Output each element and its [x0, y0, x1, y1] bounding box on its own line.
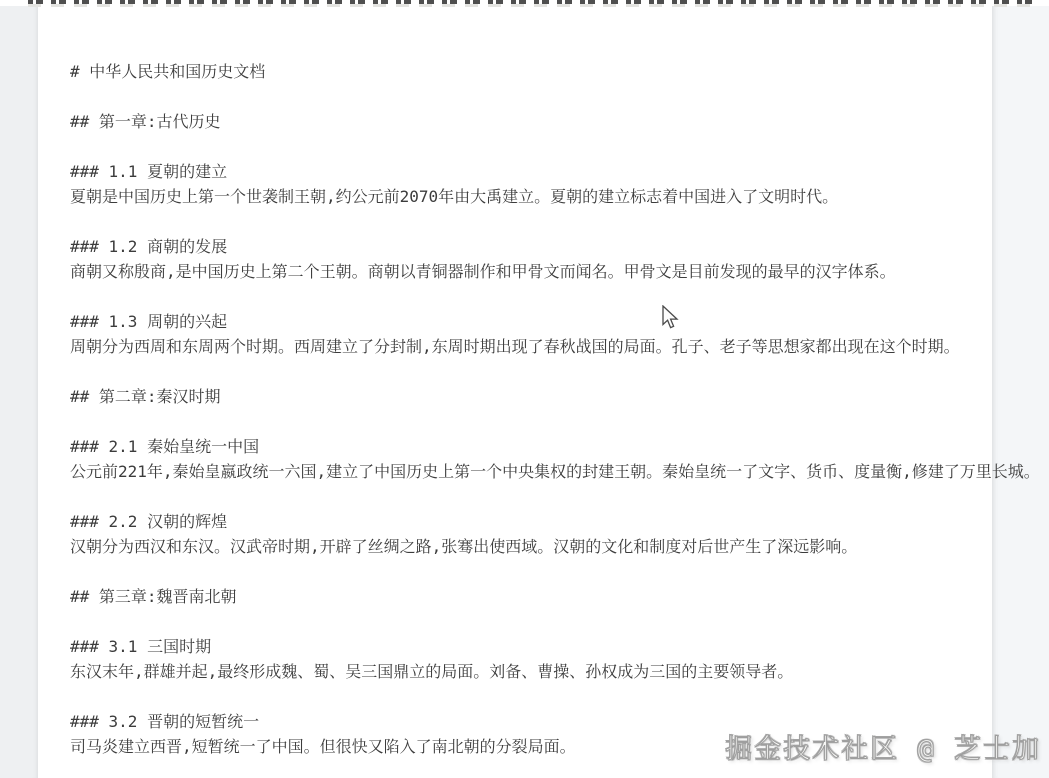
markdown-heading-line: ### 2.2 汉朝的辉煌: [70, 509, 970, 534]
paragraph-line: 周朝分为西周和东周两个时期。西周建立了分封制,东周时期出现了春秋战国的局面。孔子…: [70, 334, 970, 359]
blank-line: [70, 484, 970, 509]
left-gutter: [0, 6, 38, 778]
markdown-heading-line: # 中华人民共和国历史文档: [70, 59, 970, 84]
screenshot-root: # 中华人民共和国历史文档## 第一章:古代历史### 1.1 夏朝的建立夏朝是…: [0, 0, 1049, 778]
blank-line: [70, 359, 970, 384]
clipped-text-row: [28, 0, 1039, 8]
markdown-heading-line: ### 3.1 三国时期: [70, 634, 970, 659]
markdown-heading-line: ## 第三章:魏晋南北朝: [70, 584, 970, 609]
markdown-heading-line: ### 1.2 商朝的发展: [70, 234, 970, 259]
blank-line: [70, 409, 970, 434]
paragraph-line: 东汉末年,群雄并起,最终形成魏、蜀、吴三国鼎立的局面。刘备、曹操、孙权成为三国的…: [70, 659, 970, 684]
paragraph-line: 公元前221年,秦始皇嬴政统一六国,建立了中国历史上第一个中央集权的封建王朝。秦…: [70, 459, 970, 484]
document-content: # 中华人民共和国历史文档## 第一章:古代历史### 1.1 夏朝的建立夏朝是…: [70, 59, 970, 759]
markdown-heading-line: ### 2.1 秦始皇统一中国: [70, 434, 970, 459]
blank-line: [70, 134, 970, 159]
markdown-heading-line: ## 第二章:秦汉时期: [70, 384, 970, 409]
markdown-heading-line: ### 1.1 夏朝的建立: [70, 159, 970, 184]
paragraph-line: 夏朝是中国历史上第一个世袭制王朝,约公元前2070年由大禹建立。夏朝的建立标志着…: [70, 184, 970, 209]
blank-line: [70, 84, 970, 109]
blank-line: [70, 559, 970, 584]
paragraph-line: 汉朝分为西汉和东汉。汉武帝时期,开辟了丝绸之路,张骞出使西域。汉朝的文化和制度对…: [70, 534, 970, 559]
blank-line: [70, 209, 970, 234]
paragraph-line: 商朝又称殷商,是中国历史上第二个王朝。商朝以青铜器制作和甲骨文而闻名。甲骨文是目…: [70, 259, 970, 284]
watermark-text: 掘金技术社区 @ 芝士加: [725, 727, 1041, 766]
blank-line: [70, 684, 970, 709]
markdown-heading-line: ### 1.3 周朝的兴起: [70, 309, 970, 334]
blank-line: [70, 284, 970, 309]
right-gutter: [992, 6, 1049, 778]
blank-line: [70, 609, 970, 634]
markdown-heading-line: ## 第一章:古代历史: [70, 109, 970, 134]
